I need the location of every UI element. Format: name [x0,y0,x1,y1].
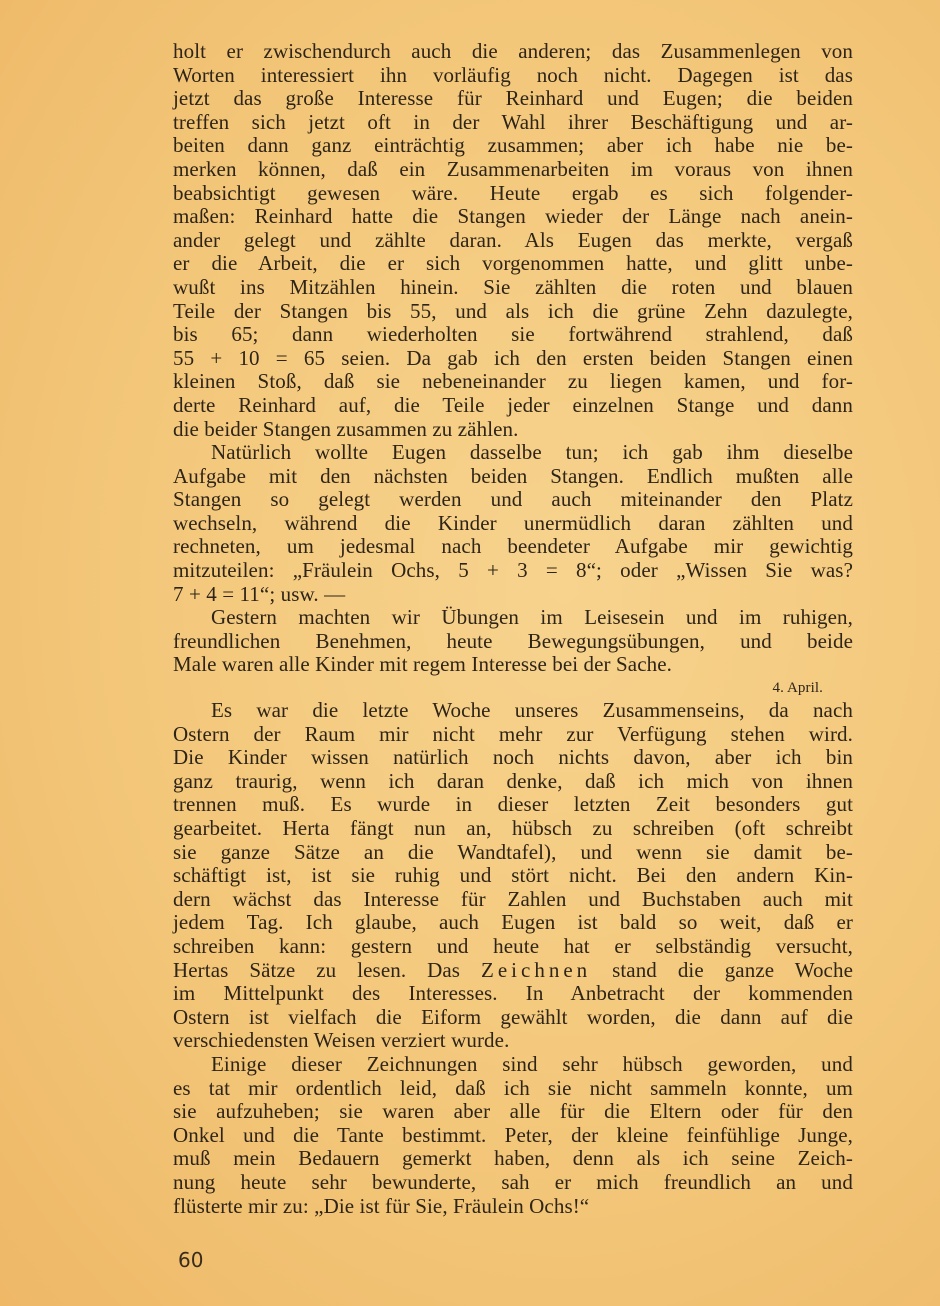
emphasized-word: Zeichnen [481,958,591,982]
text-line: schäftigt ist, ist sie ruhig und stört n… [173,864,853,888]
text-line: bis 65; dann wiederholten sie fortwähren… [173,323,853,347]
text-line: 7 + 4 = 11“; usw. — [173,583,853,607]
text-line: Einige dieser Zeichnungen sind sehr hübs… [173,1053,853,1077]
text-line: muß mein Bedauern gemerkt haben, denn al… [173,1147,853,1171]
text-line: beiten dann ganz einträchtig zusammen; a… [173,134,853,158]
text-line: Gestern machten wir Übungen im Leisesein… [173,606,853,630]
text-line: sie aufzuheben; sie waren aber alle für … [173,1100,853,1124]
text-line: Ostern ist vielfach die Eiform gewählt w… [173,1006,853,1030]
text-segment: Hertas Sätze zu lesen. Das [173,958,481,982]
text-line: merken können, daß ein Zusammenarbeiten … [173,158,853,182]
text-line: jedem Tag. Ich glaube, auch Eugen ist ba… [173,911,853,935]
text-line: Ostern der Raum mir nicht mehr zur Verfü… [173,723,853,747]
text-line: dern wächst das Interesse für Zahlen und… [173,888,853,912]
text-line: wechseln, während die Kinder unermüdlich… [173,512,853,536]
text-line: holt er zwischendurch auch die anderen; … [173,40,853,64]
text-line: freundlichen Benehmen, heute Bewegungsüb… [173,630,853,654]
text-line: die beider Stangen zusammen zu zählen. [173,418,853,442]
text-line: beabsichtigt gewesen wäre. Heute ergab e… [173,182,853,206]
text-line: derte Reinhard auf, die Teile jeder einz… [173,394,853,418]
text-line: Male waren alle Kinder mit regem Interes… [173,653,853,677]
text-line: ganz traurig, wenn ich daran denke, daß … [173,770,853,794]
text-line: er die Arbeit, die er sich vorgenommen h… [173,252,853,276]
text-line: rechneten, um jedesmal nach beendeter Au… [173,535,853,559]
text-line: Natürlich wollte Eugen dasselbe tun; ich… [173,441,853,465]
paragraph: holt er zwischendurch auch die anderen; … [173,40,853,441]
text-line: trennen muß. Es wurde in dieser letzten … [173,793,853,817]
text-line: Teile der Stangen bis 55, und als ich di… [173,300,853,324]
text-line: nung heute sehr bewunderte, sah er mich … [173,1171,853,1195]
text-line: Hertas Sätze zu lesen. Das Zeichnen stan… [173,959,853,983]
page-number: 60 [178,1248,203,1272]
text-line: Onkel und die Tante bestimmt. Peter, der… [173,1124,853,1148]
text-column: holt er zwischendurch auch die anderen; … [173,40,853,1218]
text-line: maßen: Reinhard hatte die Stangen wieder… [173,205,853,229]
text-line: Stangen so gelegt werden und auch mitein… [173,488,853,512]
text-line: mitzuteilen: „Fräulein Ochs, 5 + 3 = 8“;… [173,559,853,583]
text-line: im Mittelpunkt des Interesses. In Anbetr… [173,982,853,1006]
text-line: es tat mir ordentlich leid, daß ich sie … [173,1077,853,1101]
text-line: verschiedensten Weisen verziert wurde. [173,1029,853,1053]
text-line: wußt ins Mitzählen hinein. Sie zählten d… [173,276,853,300]
text-line: Aufgabe mit den nächsten beiden Stangen.… [173,465,853,489]
text-line: flüsterte mir zu: „Die ist für Sie, Fräu… [173,1195,853,1219]
text-line: Es war die letzte Woche unseres Zusammen… [173,699,853,723]
text-line: gearbeitet. Herta fängt nun an, hübsch z… [173,817,853,841]
text-line: treffen sich jetzt oft in der Wahl ihrer… [173,111,853,135]
text-line: ander gelegt und zählte daran. Als Eugen… [173,229,853,253]
paragraph: Natürlich wollte Eugen dasselbe tun; ich… [173,441,853,606]
text-line: schreiben kann: gestern und heute hat er… [173,935,853,959]
text-line: kleinen Stoß, daß sie nebeneinander zu l… [173,370,853,394]
text-line: Worten interessiert ihn vorläufig noch n… [173,64,853,88]
text-line: jetzt das große Interesse für Reinhard u… [173,87,853,111]
diary-date: 4. April. [173,677,853,699]
text-segment: stand die ganze Woche [591,958,853,982]
text-line: Die Kinder wissen natürlich noch nichts … [173,746,853,770]
paragraph: Gestern machten wir Übungen im Leisesein… [173,606,853,677]
text-line: 55 + 10 = 65 seien. Da gab ich den erste… [173,347,853,371]
text-line: sie ganze Sätze an die Wandtafel), und w… [173,841,853,865]
paragraph: Es war die letzte Woche unseres Zusammen… [173,699,853,1053]
paragraph: Einige dieser Zeichnungen sind sehr hübs… [173,1053,853,1218]
book-page: holt er zwischendurch auch die anderen; … [0,0,940,1306]
